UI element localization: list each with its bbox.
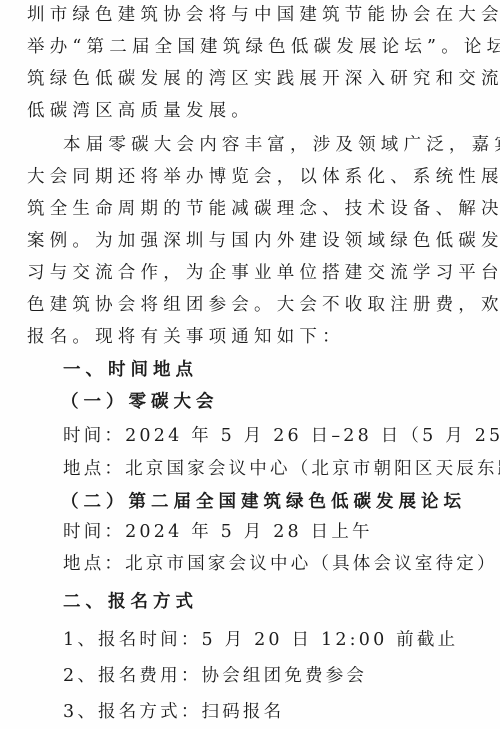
section1-sub2-location: 地点：北京市国家会议中心（具体会议室待定） xyxy=(63,552,498,576)
para2-line-3: 筑全生命周期的节能减碳理念、技术设备、解决方案及典型 xyxy=(27,197,500,221)
para2-line-2: 大会同期还将举办博览会，以体系化、系统性展示国内外建 xyxy=(27,165,500,189)
intro-line-2: 举办“第二届全国建筑绿色低碳发展论坛”。论坛将围绕建 xyxy=(27,35,500,59)
para2-line-7: 报名。现将有关事项通知如下： xyxy=(27,325,345,349)
section1-heading: 一、时间地点 xyxy=(63,358,198,382)
para2-line-6: 色建筑协会将组团参会。大会不收取注册费，欢迎大家踊跃 xyxy=(27,293,500,317)
section1-sub2-heading: （二）第二届全国建筑绿色低碳发展论坛 xyxy=(61,490,466,514)
intro-line-4: 低碳湾区高质量发展。 xyxy=(27,99,254,123)
section2-item-1: 1、报名时间：5 月 20 日 12:00 前截止 xyxy=(63,628,458,652)
para2-line-5: 习与交流合作，为企事业单位搭建交流学习平台，深圳市绿 xyxy=(27,261,500,285)
section1-sub1-location: 地点：北京国家会议中心（北京市朝阳区天辰东路 7 号） xyxy=(63,457,500,481)
section2-item-2: 2、报名费用：协会组团免费参会 xyxy=(63,664,367,688)
para2-line-1: 本届零碳大会内容丰富，涉及领域广泛，嘉宾大咖云集。 xyxy=(63,133,500,157)
intro-line-1: 圳市绿色建筑协会将与中国建筑节能协会在大会期间联合 xyxy=(27,3,500,27)
section2-item-3: 3、报名方式：扫码报名 xyxy=(63,700,284,724)
para2-line-4: 案例。为加强深圳与国内外建设领域绿色低碳发展方面的学 xyxy=(27,229,500,253)
section1-sub1-time: 时间：2024 年 5 月 26 日–28 日（5 月 25 日报到） xyxy=(63,424,500,448)
section1-sub1-heading: （一）零碳大会 xyxy=(61,390,219,414)
intro-line-3: 筑绿色低碳发展的湾区实践展开深入研究和交流，共谋绿色 xyxy=(27,67,500,91)
section2-heading: 二、报名方式 xyxy=(63,590,198,614)
document-page: 圳市绿色建筑协会将与中国建筑节能协会在大会期间联合 举办“第二届全国建筑绿色低碳… xyxy=(0,0,500,729)
section1-sub2-time: 时间：2024 年 5 月 28 日上午 xyxy=(63,520,373,544)
